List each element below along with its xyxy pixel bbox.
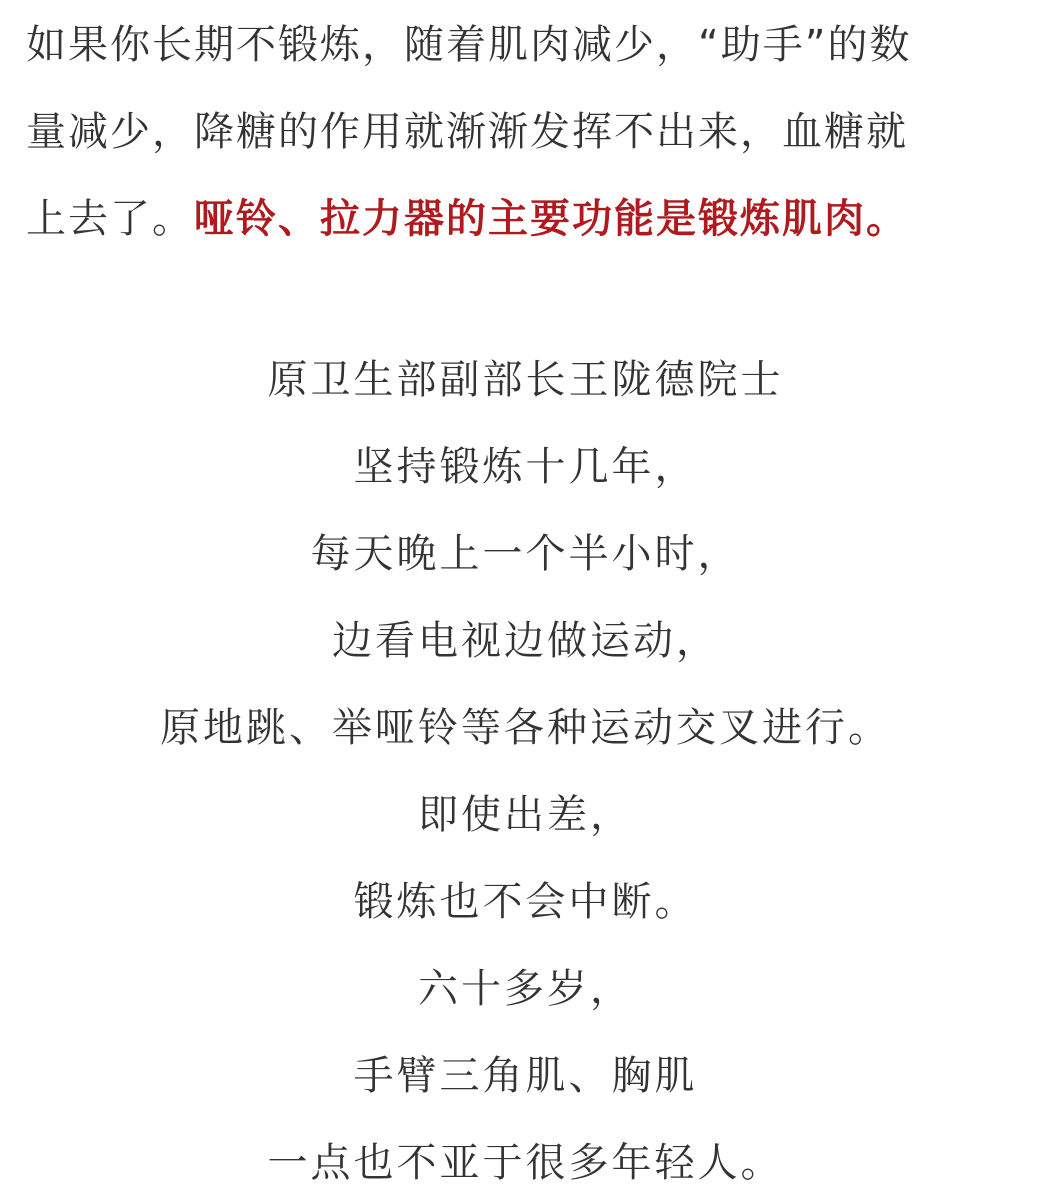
paragraph-line-2: 量减少，降糖的作用就渐渐发挥不出来，血糖就 [26, 89, 1026, 176]
poem-line-6: 即使出差， [0, 790, 1051, 840]
poem-line-10: 一点也不亚于很多年轻人。 [0, 1138, 1051, 1188]
poem-line-5: 原地跳、举哑铃等各种运动交叉进行。 [0, 703, 1051, 753]
poem-line-8: 六十多岁， [0, 964, 1051, 1014]
poem-line-4: 边看电视边做运动， [0, 616, 1051, 666]
poem-line-7: 锻炼也不会中断。 [0, 877, 1051, 927]
paragraph-line-3: 上去了。哑铃、拉力器的主要功能是锻炼肌肉。 [26, 176, 1026, 263]
poem-line-1: 原卫生部副部长王陇德院士 [0, 355, 1051, 405]
intro-paragraph: 如果你长期不锻炼，随着肌肉减少，“助手”的数 量减少，降糖的作用就渐渐发挥不出来… [26, 2, 1026, 263]
paragraph-line-3-text: 上去了。 [26, 196, 194, 242]
poem-line-2: 坚持锻炼十几年， [0, 442, 1051, 492]
poem-line-3: 每天晚上一个半小时， [0, 529, 1051, 579]
highlighted-sentence: 哑铃、拉力器的主要功能是锻炼肌肉。 [194, 196, 908, 242]
paragraph-line-1: 如果你长期不锻炼，随着肌肉减少，“助手”的数 [26, 2, 1026, 89]
poem-line-9: 手臂三角肌、胸肌 [0, 1051, 1051, 1101]
